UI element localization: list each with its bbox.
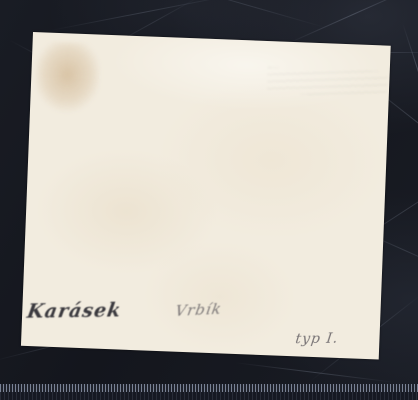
binding-strip-shadow (0, 392, 418, 400)
scratch-line (284, 0, 418, 45)
stamp-back-paper: Karásek Vrbík typ I. (21, 32, 391, 360)
album-binding-strip (0, 384, 418, 400)
expert-signature-pencil: Vrbík (174, 299, 223, 319)
scratch-line (236, 362, 395, 382)
expert-signature-ink: Karásek (26, 299, 124, 322)
scratch-line (163, 0, 327, 28)
faint-smudge (267, 67, 388, 98)
scratch-line (402, 23, 418, 118)
scratch-line (50, 0, 237, 31)
hinge-remnant (34, 41, 101, 115)
type-mark-pencil: typ I. (294, 331, 339, 348)
photo-scene: Karásek Vrbík typ I. (0, 0, 418, 400)
binding-strip-striations (0, 384, 418, 392)
